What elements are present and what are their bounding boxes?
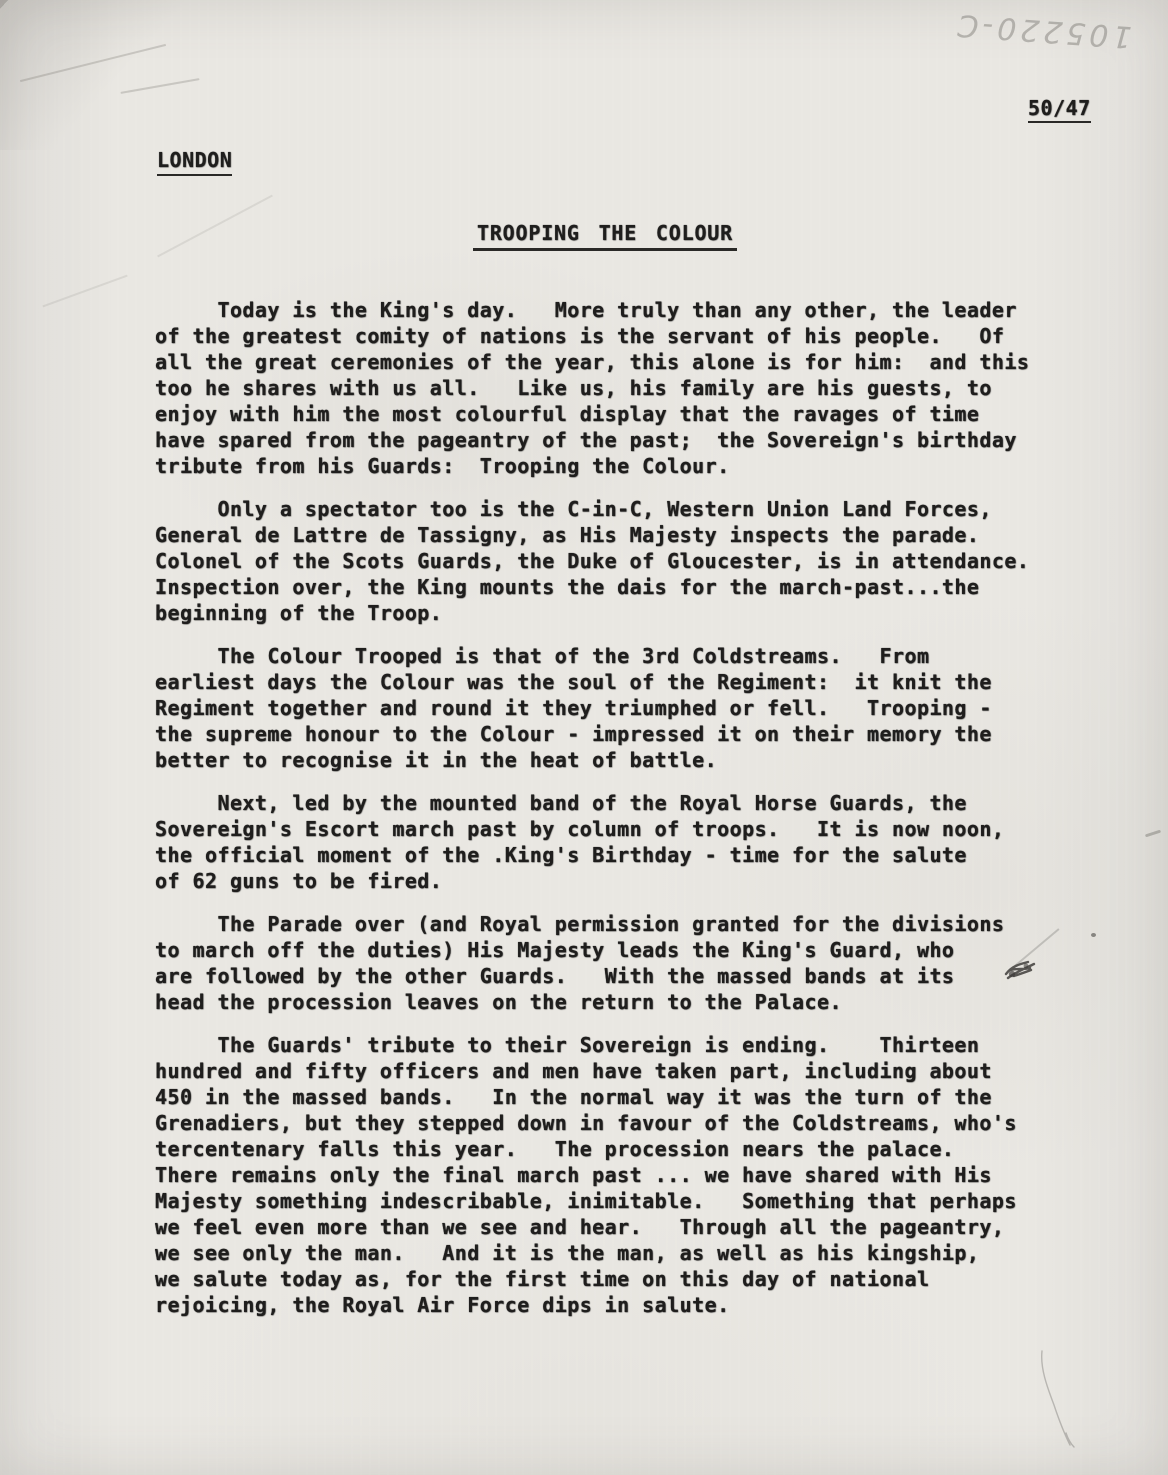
crease-mark <box>120 78 199 94</box>
document-page: 105220-C 50/47 LONDON TROOPING THE COLOU… <box>0 0 1168 1475</box>
paragraph: The Colour Trooped is that of the 3rd Co… <box>155 643 1115 773</box>
corner-crease <box>0 0 190 150</box>
document-title-text: TROOPING THE COLOUR <box>473 221 737 251</box>
paragraph: The Parade over (and Royal permission gr… <box>155 911 1115 1015</box>
page-number: 50/47 <box>1028 96 1091 123</box>
crease-mark <box>42 275 127 307</box>
document-body: Today is the King's day. More truly than… <box>155 297 1115 1335</box>
crease-mark <box>20 44 166 82</box>
edge-mark <box>1145 830 1161 838</box>
paragraph: The Guards' tribute to their Sovereign i… <box>155 1032 1115 1318</box>
paragraph: Today is the King's day. More truly than… <box>155 297 1115 479</box>
dateline: LONDON <box>157 148 232 176</box>
hairline-scratch <box>1030 1345 1090 1455</box>
pencil-annotation: 105220-C <box>937 0 1150 55</box>
paragraph: Only a spectator too is the C-in-C, West… <box>155 496 1115 626</box>
paragraph: Next, led by the mounted band of the Roy… <box>155 790 1115 894</box>
document-title: TROOPING THE COLOUR <box>0 221 1168 251</box>
